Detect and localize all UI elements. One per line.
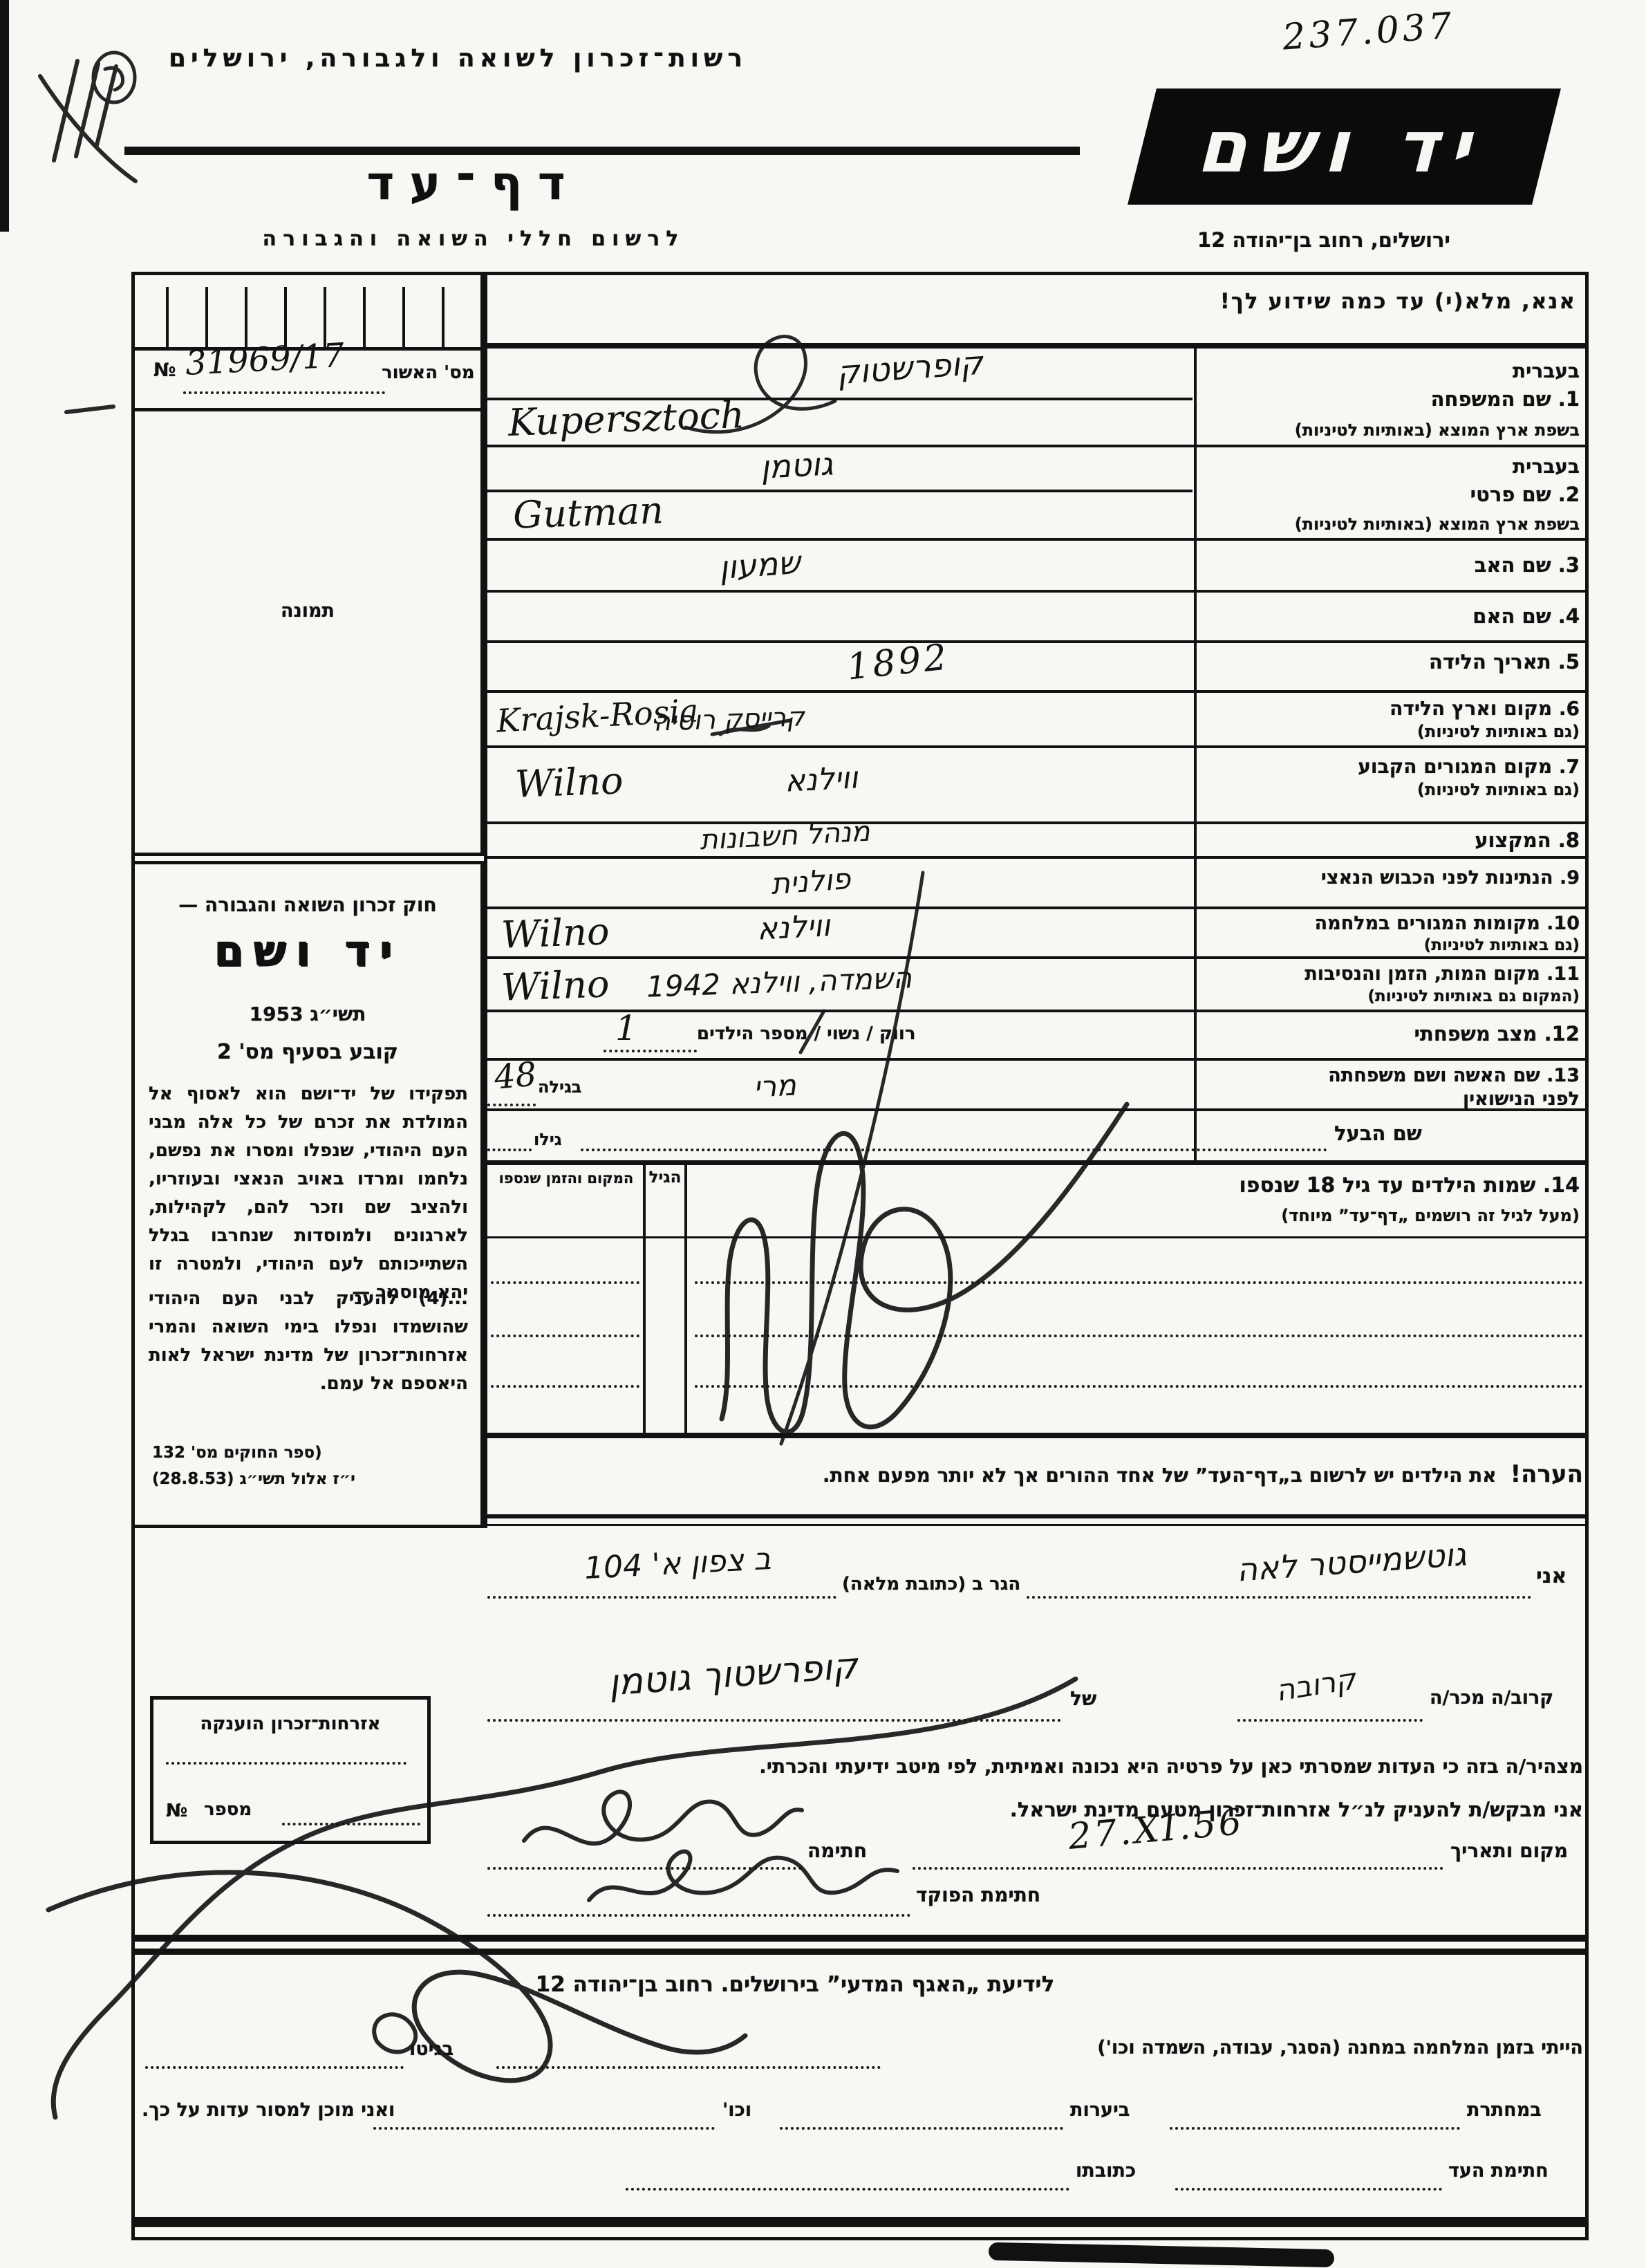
wife-age-handwritten: 48: [493, 1054, 539, 1097]
testify-label: ואני מוכן למסור עדות על כך.: [142, 2099, 395, 2121]
witness-address-label: כתובתו: [1076, 2160, 1136, 2182]
bottom-heavy-bar: [134, 2217, 1586, 2227]
wife-name-handwritten: מרי: [753, 1068, 797, 1104]
field2-sublabel: בשפת ארץ המוצא (באותיות לטיניות): [1203, 514, 1580, 534]
archive-number-handwritten: 237.037: [1281, 5, 1457, 58]
forests-dotted: [780, 2127, 1063, 2130]
children-age-column-header: הגיל: [643, 1169, 687, 1187]
war-camp-label: הייתי בזמן המלחמה במחנה (הסגר, עבודה, הש…: [885, 2037, 1583, 2058]
relation-label: קרוב/ה מכר/ה: [1430, 1687, 1553, 1709]
signature-dotted: [487, 1867, 802, 1870]
scanned-testimony-page: { "corner_note_hw": "237.037", "header":…: [0, 0, 1646, 2268]
field8-label: 8. המקצוע: [1203, 828, 1580, 852]
field13-sublabel: לפני הנישואין: [1203, 1088, 1580, 1110]
note-row: הערה! את הילדים יש לרשום ב„דף־העד” של אח…: [487, 1460, 1583, 1488]
field1-sublabel: בשפת ארץ המוצא (באותיות לטיניות): [1203, 420, 1580, 440]
field3-label: 3. שם האב: [1203, 553, 1580, 577]
row-line: [487, 856, 1587, 859]
resides-label: הגר ב (כתובת מלאה): [842, 1574, 1020, 1595]
witness-signature-label: חתימת העד: [1448, 2160, 1549, 2182]
row-line: [487, 1010, 1587, 1012]
form-subtitle: לרשום חללי השואה והגבורה: [204, 227, 743, 251]
row-line: [487, 907, 1587, 909]
pencil-mark: [54, 61, 77, 160]
pencil-mark: [97, 66, 116, 145]
citizenship-number-label: מספר: [204, 1799, 252, 1820]
victim-name-dotted: [487, 1719, 1061, 1722]
approval-dotted-line: [183, 391, 385, 394]
row-line: [487, 590, 1587, 593]
witness-address-dotted: [626, 2188, 1069, 2191]
of-label: של: [1070, 1687, 1096, 1710]
intro-thick-rule: [487, 343, 1587, 348]
place-date-label: מקום ותאריך: [1450, 1839, 1568, 1862]
field10-label: 10. מקומות המגורים במלחמה: [1203, 913, 1580, 934]
form-title: דף־עד: [318, 156, 629, 211]
law-reference-2: י״ז אלול תשי״ג (28.8.53): [152, 1470, 355, 1488]
field14-sublabel: (מעל לגיל זה רושמים „דף־עד” מיוחד): [1078, 1206, 1580, 1225]
science-branch-title: לידיעת „האגף המדעי” בירושלים. רחוב בן־יה…: [277, 1972, 1313, 1997]
comb-tick: [166, 287, 169, 348]
authority-name: רשות־זכרון לשואה ולגבורה, ירושלים: [121, 44, 795, 73]
law-section: קובע בסעיף מס' 2: [135, 1040, 480, 1064]
section-double-line-a: [134, 1935, 1587, 1942]
citizenship-no-symbol: №: [166, 1801, 187, 1821]
husband-name-dotted: [581, 1149, 1327, 1151]
office-address: ירושלים, רחוב בן־יהודה 12: [1120, 228, 1528, 252]
row-line: [487, 1058, 1587, 1061]
surname-latin-handwritten: Kupersztoch: [507, 393, 745, 445]
children-header-underline: [487, 1236, 1587, 1238]
law-reference-1: (ספר החוקים מס' 132: [152, 1444, 322, 1462]
field7-sublabel: (גם באותיות לטיניות): [1203, 780, 1580, 799]
residence-latin-handwritten: Wilno: [514, 759, 624, 806]
law-title: חוק זכרון השואה והגבורה —: [135, 893, 480, 916]
children-place-column-header: המקום והזמן שנספו: [491, 1170, 642, 1187]
law-yad-vashem: יד ושם: [135, 925, 480, 976]
citizenship-dotted-line: [166, 1762, 406, 1765]
relation-dotted: [1237, 1719, 1423, 1722]
scan-edge-artifact: [989, 2242, 1334, 2267]
pencil-mark: [40, 76, 135, 181]
residence-hebrew-handwritten: ווילנא: [784, 760, 859, 799]
note-double-line-a: [487, 1514, 1587, 1518]
row-line: [487, 1108, 1587, 1111]
field5-label: 5. תאריך הלידה: [1203, 650, 1580, 673]
field1-language-label: בעברית: [1203, 360, 1580, 382]
field6-sublabel: (גם באותיות לטיניות): [1203, 722, 1580, 741]
comb-tick: [363, 287, 366, 348]
row-line: [487, 690, 1587, 693]
comb-tick: [402, 287, 405, 348]
approval-underline: [135, 408, 480, 411]
comb-tick: [245, 287, 247, 348]
field2-language-label: בעברית: [1203, 455, 1580, 478]
field4-label: 4. שם האם: [1203, 604, 1580, 628]
children-count-dotted: [604, 1050, 697, 1052]
field10-sublabel: (גם באותיות לטיניות): [1203, 936, 1580, 954]
children-row-dotted: [491, 1281, 639, 1284]
wife-age-dotted: [487, 1104, 536, 1106]
children-row-dotted: [695, 1385, 1583, 1388]
field14-label: 14. שמות הילדים עד גיל 18 שנספו: [1078, 1173, 1580, 1198]
children-count-handwritten: 1: [615, 1008, 637, 1048]
yad-vashem-logo: יד ושם: [1128, 89, 1561, 205]
field6-label: 6. מקום וארץ הלידה: [1203, 697, 1580, 720]
children-row-dotted: [491, 1385, 639, 1388]
children-col-line: [684, 1164, 687, 1435]
field2-label: 2. שם פרטי: [1203, 483, 1580, 506]
approval-no-symbol: №: [153, 360, 176, 381]
signature-label: חתימה: [807, 1839, 867, 1862]
citizenship-granted-title: אזרחות־זכרון הוענקה: [153, 1713, 427, 1734]
yad-vashem-logo-text: יד ושם: [1193, 111, 1495, 183]
margin-dash: [66, 407, 113, 412]
pencil-mark: [76, 64, 98, 156]
witness-signature-dotted: [1175, 2188, 1442, 2191]
citizenship-number-line: [282, 1823, 420, 1825]
death-place-latin-handwritten: Wilno: [501, 962, 610, 1009]
field7-label: 7. מקום המגורים הקבוע: [1203, 755, 1580, 778]
husband-name-label: שם הבעל: [1334, 1122, 1422, 1145]
forests-label: ביערות: [1070, 2099, 1130, 2121]
row-line: [487, 538, 1587, 541]
children-row-dotted: [491, 1335, 639, 1337]
row-line: [487, 956, 1587, 959]
marital-status-options: רווק / נשוי / מספר הילדים: [697, 1023, 916, 1044]
note-title: הערה!: [1511, 1460, 1583, 1488]
underground-label: במחתרת: [1467, 2099, 1542, 2121]
label-column-divider: [1194, 344, 1197, 1164]
war-camp-dotted: [496, 2066, 881, 2069]
husband-age-label: גילו: [534, 1130, 562, 1149]
citizenship-handwritten: פולנית: [769, 862, 851, 901]
official-signature-label: חתימת הפוקד: [916, 1884, 1040, 1906]
birthplace-hebrew-handwritten: קרייסק רוסיה: [653, 701, 805, 737]
field11-sublabel: (המקום גם באותיות לטיניות): [1203, 987, 1580, 1005]
law-clause-text: ‏...(4) להעניק לבני העם היהודי שהושמדו ו…: [149, 1285, 468, 1398]
firstname-latin-handwritten: Gutman: [512, 488, 664, 537]
wife-age-label: בגילה: [538, 1077, 581, 1097]
declarant-address-dotted: [487, 1596, 836, 1599]
scan-edge-artifact: [0, 0, 9, 232]
war-residence-hebrew-handwritten: ווילנא: [756, 908, 831, 947]
children-row-dotted: [695, 1335, 1583, 1337]
etc-label: וכו': [722, 2099, 751, 2121]
official-signature-dotted: [487, 1914, 910, 1917]
note-text: את הילדים יש לרשום ב„דף־העד” של אחד ההור…: [823, 1464, 1497, 1487]
row-line-thick: [487, 1160, 1587, 1165]
underground-dotted: [1170, 2127, 1460, 2130]
declarant-name-dotted: [1027, 1596, 1531, 1599]
note-double-line-b: [487, 1524, 1587, 1526]
law-year: תשי״ג 1953: [135, 1003, 480, 1025]
left-column-divider: [484, 273, 487, 1528]
field11-label: 11. מקום המות, הזמן והנסיבות: [1203, 963, 1580, 985]
war-residence-latin-handwritten: Wilno: [501, 909, 610, 956]
row-line: [487, 640, 1587, 643]
comb-tick: [442, 287, 445, 348]
photo-placeholder-label: תמונה: [131, 600, 484, 622]
field12-label: 12. מצב משפחתי: [1203, 1022, 1580, 1045]
etc-dotted: [373, 2127, 715, 2130]
children-row-dotted: [695, 1281, 1583, 1284]
ghetto-label: בגיטו: [409, 2038, 453, 2060]
field13-label: 13. שם האשה ושם משפחתה: [1203, 1065, 1580, 1086]
children-col-line: [643, 1164, 646, 1435]
law-body-text: תפקידו של יד־ושם הוא לאסוף אל המולדת את …: [149, 1080, 468, 1307]
field9-label: 9. הנתינות לפני הכבוש הנאצי: [1203, 867, 1580, 889]
father-name-handwritten: שמעון: [718, 543, 801, 586]
approval-label: מס' האשור: [382, 362, 475, 383]
row-line: [487, 745, 1587, 748]
declarant-i-label: אני: [1536, 1564, 1566, 1588]
declaration-statement: מצהיר/ה בזה כי העדות שמסרתי כאן על פרטיה…: [487, 1755, 1583, 1778]
place-date-dotted: [913, 1867, 1443, 1870]
fill-in-instruction: אנא, מלא(י) עד כמה שידוע לך!: [816, 289, 1576, 314]
comb-tick: [205, 287, 208, 348]
field1-label: 1. שם המשפחה: [1203, 387, 1580, 411]
husband-age-dotted: [487, 1149, 532, 1151]
row-line: [487, 821, 1587, 824]
firstname-hebrew-handwritten: גוטמן: [760, 445, 834, 485]
children-table-bottom: [487, 1433, 1587, 1438]
ghetto-dotted: [145, 2066, 404, 2069]
row-line: [487, 445, 1587, 447]
pencil-pe-glyph: [105, 68, 123, 90]
section-double-line-b: [134, 1949, 1587, 1955]
header-rule: [124, 147, 1080, 155]
